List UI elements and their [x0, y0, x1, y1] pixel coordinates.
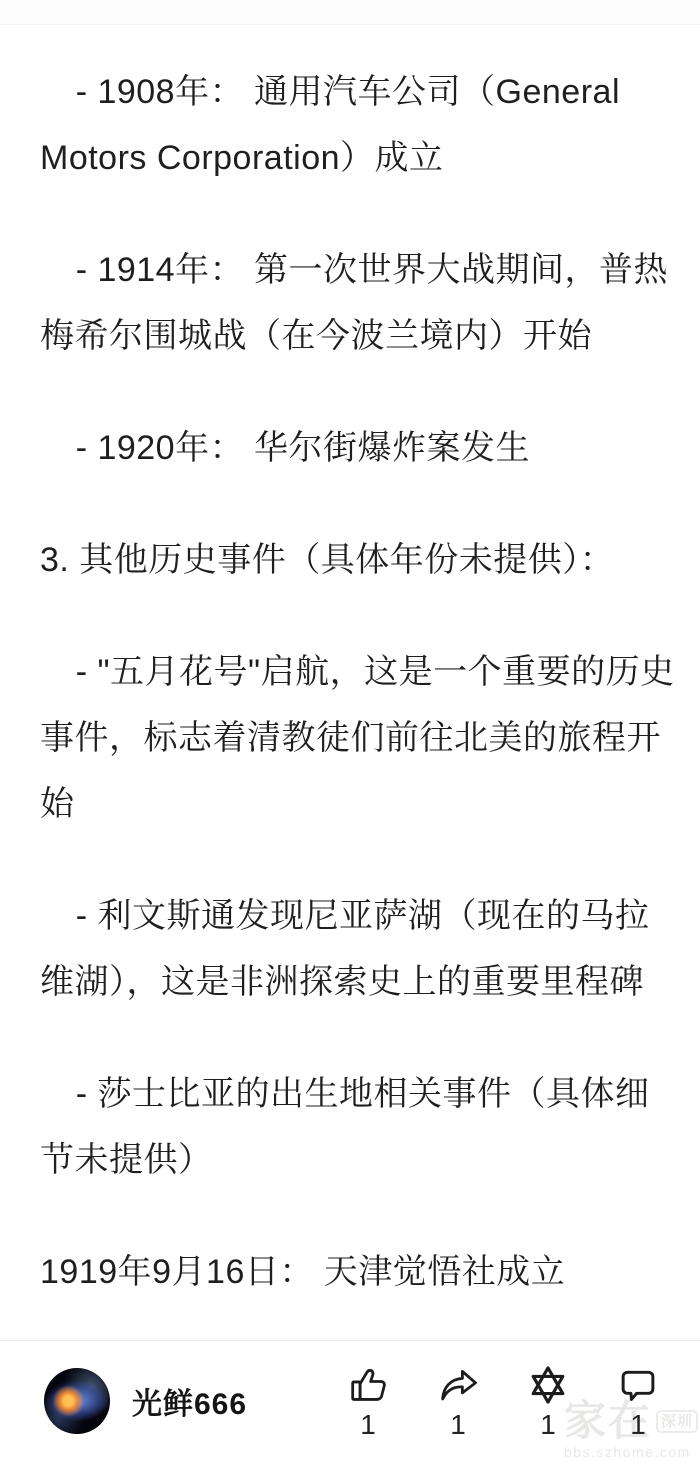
- article-body: - 1908年： 通用汽车公司（General Motors Corporati…: [0, 25, 700, 1305]
- share-button[interactable]: 1: [434, 1364, 482, 1439]
- paragraph: - 1920年： 华尔街爆炸案发生: [40, 415, 676, 481]
- thumbs-up-icon[interactable]: [347, 1364, 389, 1406]
- username[interactable]: 光鲜666: [132, 1379, 247, 1423]
- share-count: 1: [450, 1411, 466, 1439]
- author-action-bar: 光鲜666 1111: [0, 1340, 700, 1461]
- star-collect-icon[interactable]: [527, 1364, 569, 1406]
- paragraph: - 1908年： 通用汽车公司（General Motors Corporati…: [40, 59, 676, 191]
- status-strip: [0, 0, 700, 25]
- paragraph: - 1914年： 第一次世界大战期间，普热梅希尔围城战（在今波兰境内）开始: [40, 237, 676, 369]
- paragraph: - 利文斯通发现尼亚萨湖（现在的马拉维湖），这是非洲探索史上的重要里程碑: [40, 883, 676, 1015]
- paragraph: - 莎士比亚的出生地相关事件（具体细节未提供）: [40, 1061, 676, 1193]
- galaxy-avatar[interactable]: [44, 1368, 110, 1434]
- paragraph: - "五月花号"启航，这是一个重要的历史事件，标志着清教徒们前往北美的旅程开始: [40, 639, 676, 837]
- comment-count: 1: [630, 1411, 646, 1439]
- favorite-count: 1: [540, 1411, 556, 1439]
- share-arrow-icon[interactable]: [437, 1364, 479, 1406]
- like-button[interactable]: 1: [344, 1364, 392, 1439]
- paragraph: 3. 其他历史事件（具体年份未提供）：: [40, 527, 676, 593]
- paragraph: 1919年9月16日： 天津觉悟社成立: [40, 1239, 676, 1305]
- favorite-button[interactable]: 1: [524, 1364, 572, 1439]
- comment-bubble-icon[interactable]: [617, 1364, 659, 1406]
- action-buttons: 1111: [344, 1364, 662, 1439]
- comment-button[interactable]: 1: [614, 1364, 662, 1439]
- like-count: 1: [360, 1411, 376, 1439]
